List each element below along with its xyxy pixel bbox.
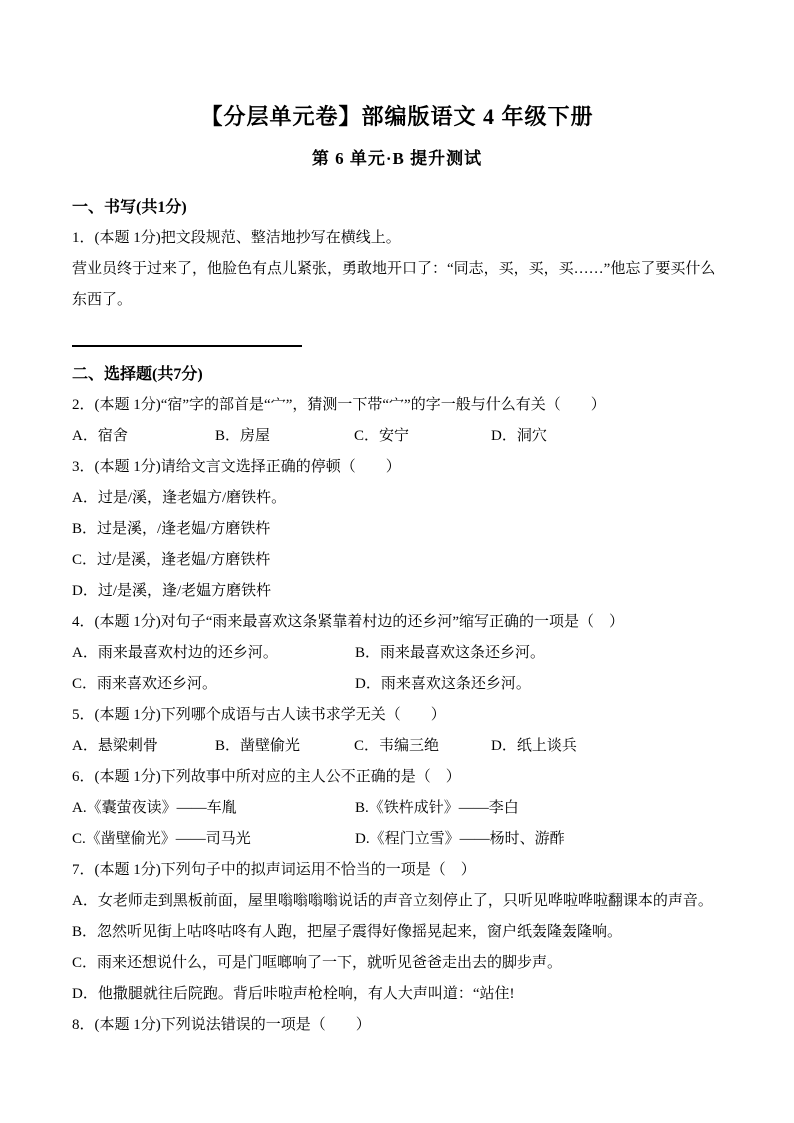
answer-writing-line xyxy=(72,330,302,347)
option-c: C．过/是溪，逢老媪/方磨铁杵 xyxy=(72,545,722,576)
option-d: D．雨来喜欢这条还乡河。 xyxy=(355,669,531,700)
question-5-options: A．悬梁刺骨B．凿壁偷光C．韦编三绝D．纸上谈兵 xyxy=(72,731,722,762)
option-c: C．雨来喜欢还乡河。 xyxy=(72,669,355,700)
page-subtitle: 第 6 单元·B 提升测试 xyxy=(72,144,722,174)
spacer xyxy=(72,316,722,330)
option-d: D．过/是溪，逢/老媪方磨铁杵 xyxy=(72,576,722,607)
section-heading-writing: 一、书写(共1分) xyxy=(72,192,722,223)
question-4-options-row-2: C．雨来喜欢还乡河。D．雨来喜欢这条还乡河。 xyxy=(72,669,722,700)
option-c: C．雨来还想说什么，可是门哐啷响了一下，就听见爸爸走出去的脚步声。 xyxy=(72,948,722,979)
question-1-passage: 营业员终于过来了，他脸色有点儿紧张，勇敢地开口了：“同志，买，买，买……”他忘了… xyxy=(72,254,722,316)
option-b: B．过是溪，/逢老媪/方磨铁杵 xyxy=(72,514,722,545)
question-2-text: 2．(本题 1分)“宿”字的部首是“宀”，猜测一下带“宀”的字一般与什么有关（ … xyxy=(72,390,722,421)
option-a: A．宿舍 xyxy=(72,421,215,452)
option-c: C.《凿壁偷光》——司马光 xyxy=(72,824,355,855)
question-6-options-row-1: A.《囊萤夜读》——车胤B.《铁杵成针》——李白 xyxy=(72,793,722,824)
question-6-text: 6．(本题 1分)下列故事中所对应的主人公不正确的是（ ） xyxy=(72,762,722,793)
question-7-text: 7．(本题 1分)下列句子中的拟声词运用不恰当的一项是（ ） xyxy=(72,855,722,886)
question-4-text: 4．(本题 1分)对句子“雨来最喜欢这条紧靠着村边的还乡河”缩写正确的一项是（ … xyxy=(72,607,722,638)
option-b: B．雨来最喜欢这条还乡河。 xyxy=(355,638,545,669)
option-b: B.《铁杵成针》——李白 xyxy=(355,793,519,824)
option-d: D．他撒腿就往后院跑。背后咔啦声枪栓响，有人大声叫道：“站住! xyxy=(72,979,722,1010)
option-b: B．凿壁偷光 xyxy=(215,731,354,762)
option-a: A．悬梁刺骨 xyxy=(72,731,215,762)
option-a: A．女老师走到黑板前面，屋里嗡嗡嗡嗡说话的声音立刻停止了，只听见哗啦哗啦翻课本的… xyxy=(72,886,722,917)
question-6-options-row-2: C.《凿壁偷光》——司马光D.《程门立雪》——杨时、游酢 xyxy=(72,824,722,855)
option-a: A．过是/溪，逢老媪方/磨铁杵。 xyxy=(72,483,722,514)
option-c: C．安宁 xyxy=(354,421,491,452)
question-5-text: 5．(本题 1分)下列哪个成语与古人读书求学无关（ ） xyxy=(72,700,722,731)
question-3-text: 3．(本题 1分)请给文言文选择正确的停顿（ ） xyxy=(72,452,722,483)
question-2-options: A．宿舍B．房屋C．安宁D．洞穴 xyxy=(72,421,722,452)
section-heading-choice: 二、选择题(共7分) xyxy=(72,359,722,390)
page-title: 【分层单元卷】部编版语文 4 年级下册 xyxy=(72,100,722,134)
option-b: B．忽然听见街上咕咚咕咚有人跑，把屋子震得好像摇晃起来，窗户纸轰隆轰隆响。 xyxy=(72,917,722,948)
option-d: D．纸上谈兵 xyxy=(491,731,577,762)
question-8-text: 8．(本题 1分)下列说法错误的一项是（ ） xyxy=(72,1010,722,1041)
option-c: C．韦编三绝 xyxy=(354,731,491,762)
option-b: B．房屋 xyxy=(215,421,354,452)
test-paper-page: 【分层单元卷】部编版语文 4 年级下册 第 6 单元·B 提升测试 一、书写(共… xyxy=(0,0,794,1123)
option-a: A.《囊萤夜读》——车胤 xyxy=(72,793,355,824)
option-a: A．雨来最喜欢村边的还乡河。 xyxy=(72,638,355,669)
option-d: D．洞穴 xyxy=(491,421,547,452)
option-d: D.《程门立雪》——杨时、游酢 xyxy=(355,824,565,855)
question-4-options-row-1: A．雨来最喜欢村边的还乡河。B．雨来最喜欢这条还乡河。 xyxy=(72,638,722,669)
question-1-text: 1．(本题 1分)把文段规范、整洁地抄写在横线上。 xyxy=(72,223,722,254)
